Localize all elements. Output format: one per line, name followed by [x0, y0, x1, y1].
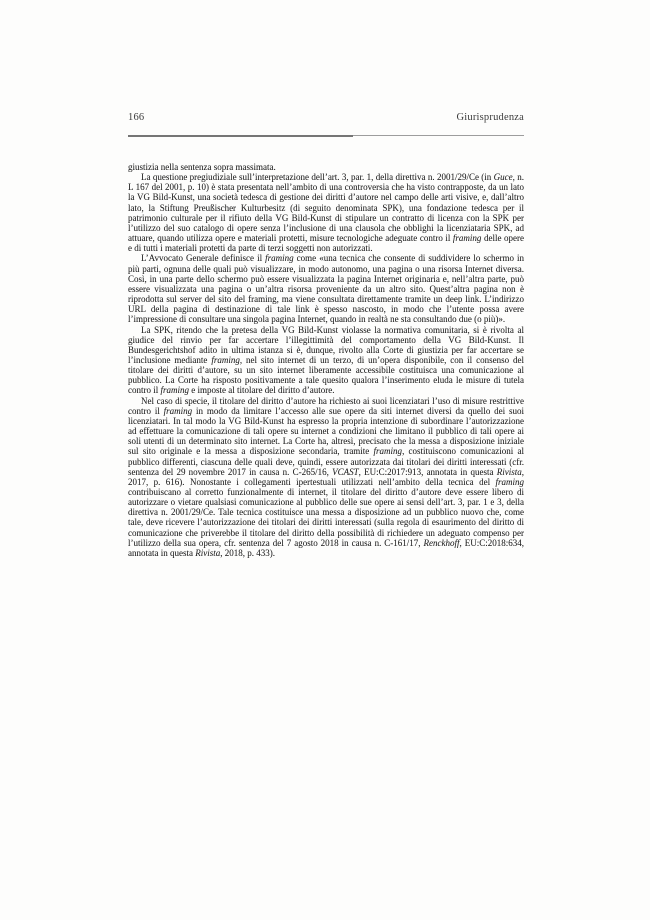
header-rule-left-segment	[128, 135, 353, 137]
paragraph: La SPK, ritendo che la pretesa della VG …	[128, 325, 524, 396]
page-number: 166	[128, 112, 144, 123]
header-rule	[128, 135, 524, 138]
header-rule-right-segment	[353, 135, 524, 136]
paragraph: La questione pregiudiziale sull’interpre…	[128, 172, 524, 253]
paragraph: Nel caso di specie, il titolare del diri…	[128, 396, 524, 559]
paragraph: giustizia nella sentenza sopra massimata…	[128, 162, 524, 172]
body-text: giustizia nella sentenza sopra massimata…	[128, 162, 524, 558]
journal-page: 166 Giurisprudenza giustizia nella sente…	[0, 0, 650, 920]
running-title: Giurisprudenza	[456, 112, 524, 123]
paragraph: L’Avvocato Generale definisce il framing…	[128, 253, 524, 324]
page-header: 166 Giurisprudenza	[128, 112, 524, 123]
